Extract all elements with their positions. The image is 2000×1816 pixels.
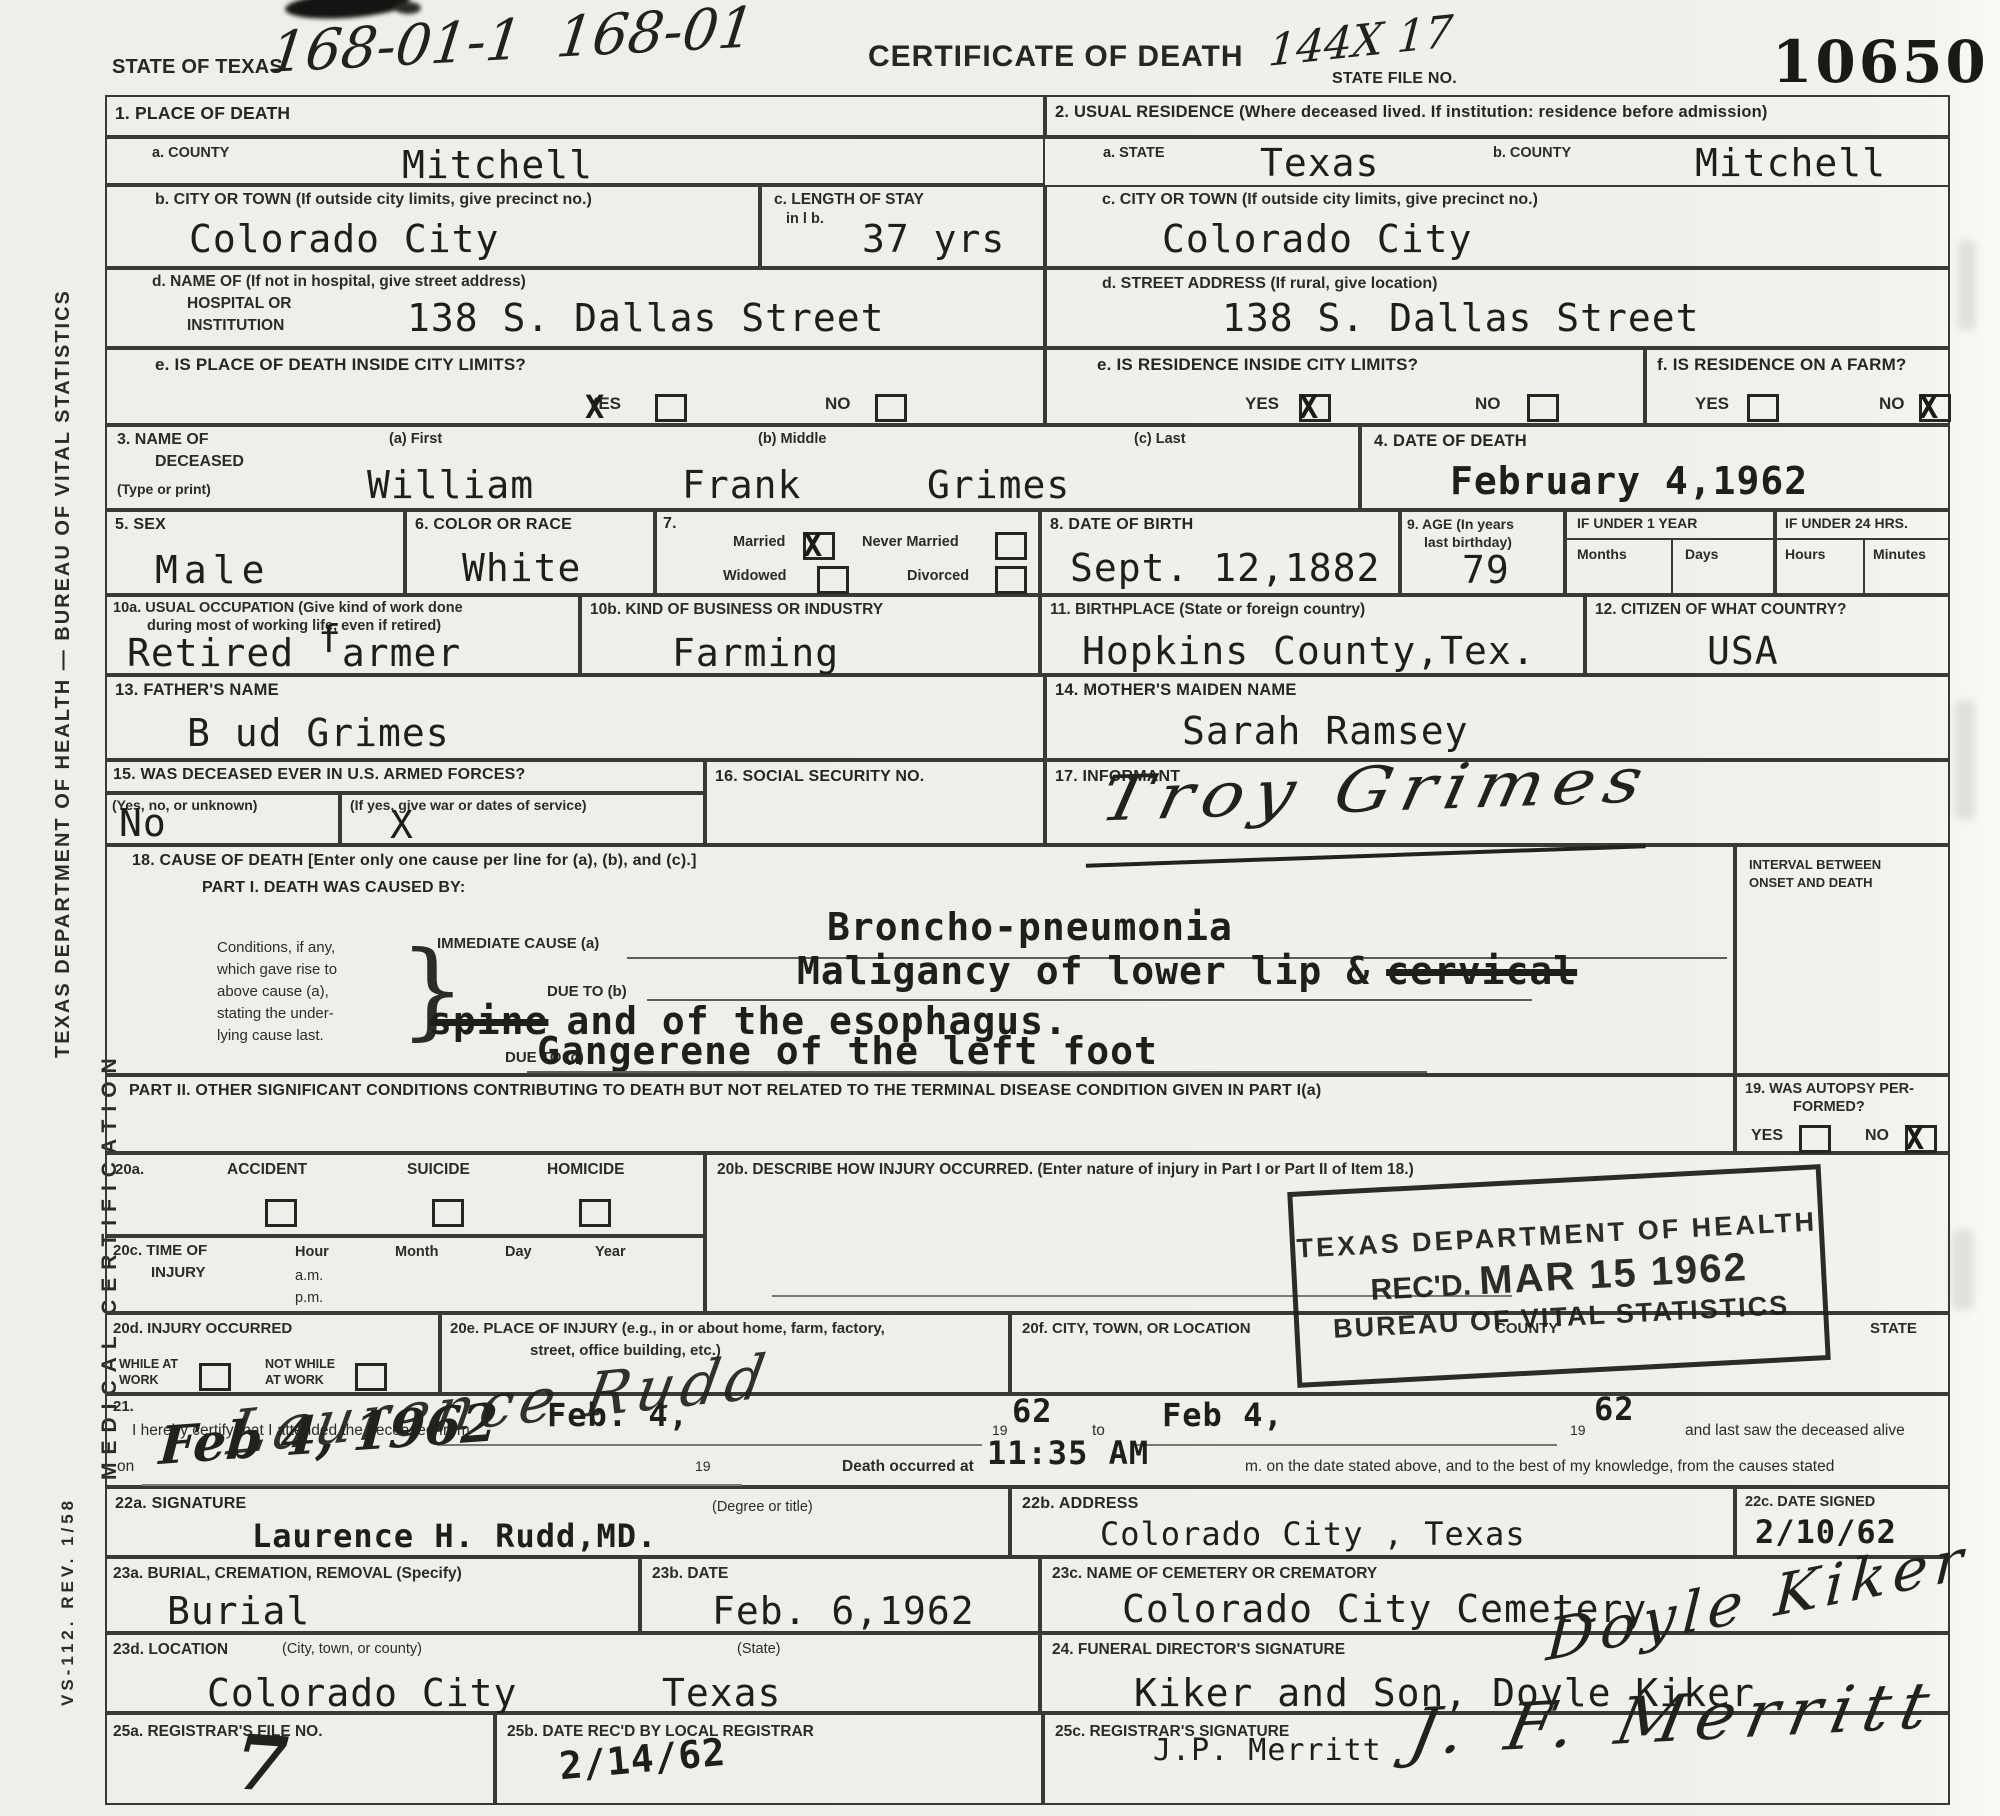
conditions-line-3: above cause (a), [217,983,329,1000]
armed-forces-sub-2: (If yes, give war or dates of service) [350,797,587,813]
marital-divorced-label: Divorced [907,568,969,584]
marital-divorced-checkbox [995,566,1027,594]
under-one-year-cell: IF UNDER 1 YEAR Months Days [1565,510,1775,595]
marital-married-label: Married [733,534,785,550]
pod-limits-cell: e. IS PLACE OF DEATH INSIDE CITY LIMITS?… [105,348,1045,425]
date-of-birth-label: 8. DATE OF BIRTH [1050,516,1193,534]
state-file-no-label: STATE FILE NO. [1332,70,1457,88]
sex-label: 5. SEX [115,516,166,534]
industry-label: 10b. KIND OF BUSINESS OR INDUSTRY [590,601,883,619]
due-to-b-line [647,959,1532,1001]
certificate-number: 10650 [1772,28,1989,96]
marital-widowed-checkbox [817,566,849,594]
ur-street-label: d. STREET ADDRESS (If rural, give locati… [1102,275,1437,293]
race-label: 6. COLOR OR RACE [415,516,572,534]
injury-state-label: STATE [1870,1320,1917,1337]
day-label: Day [505,1244,532,1260]
father-value: B ud Grimes [187,711,450,755]
usual-residence-header-cell: 2. USUAL RESIDENCE (Where deceased lived… [1045,95,1950,137]
name-middle-value: Frank [682,463,801,507]
pod-county-cell: a. COUNTY Mitchell [105,137,1045,185]
name-label-1: 3. NAME OF [117,431,209,449]
ssn-cell: 16. SOCIAL SECURITY NO. [705,760,1045,845]
injury-c-label-1: 20c. TIME OF [113,1242,207,1259]
scan-artifact [1958,240,1976,330]
injury-a-label: 20a. [115,1161,144,1178]
am-label: a.m. [295,1268,323,1284]
interval-label-1: INTERVAL BETWEEN [1749,857,1881,872]
certify-text-3: m. on the date stated above, and to the … [1245,1458,1834,1476]
suicide-checkbox [432,1199,464,1227]
under-24-header: IF UNDER 24 HRS. [1777,512,1948,540]
ur-farm-label: f. IS RESIDENCE ON A FARM? [1657,355,1907,375]
mother-value: Sarah Ramsey [1182,709,1469,753]
birthplace-label: 11. BIRTHPLACE (State or foreign country… [1050,601,1365,619]
autopsy-cell: 19. WAS AUTOPSY PER- FORMED? YES NO X [1735,1075,1950,1153]
place-of-death-label: 1. PLACE OF DEATH [115,103,290,124]
vertical-form-code: VS-112. REV. 1/58 [58,1497,78,1706]
certify-pre-year-2: 19 [1570,1422,1586,1438]
certify-on-label: on [117,1458,134,1476]
marital-cell: 7. Married X Never Married Widowed Divor… [655,510,1040,595]
certify-pre-year-3: 19 [695,1458,711,1474]
ur-street-value: 138 S. Dallas Street [1222,296,1700,340]
burial-date-value: Feb. 6,1962 [712,1589,975,1633]
degree-or-title-label: (Degree or title) [712,1499,813,1515]
autopsy-yes-checkbox [1799,1125,1831,1153]
date-of-death-value: February 4,1962 [1450,459,1808,503]
hours-label: Hours [1785,546,1825,562]
occupation-label-1: 10a. USUAL OCCUPATION (Give kind of work… [113,600,463,616]
pod-length-of-stay-cell: c. LENGTH OF STAY in l b. 37 yrs [760,185,1045,268]
under-one-year-label: IF UNDER 1 YEAR [1577,515,1697,531]
received-stamp: TEXAS DEPARTMENT OF HEALTH REC'D. MAR 15… [1287,1164,1831,1388]
ur-farm-cell: f. IS RESIDENCE ON A FARM? YES NO X [1645,348,1950,425]
ur-limits-no-checkbox [1527,394,1559,422]
citizen-cell: 12. CITIZEN OF WHAT COUNTRY? USA [1585,595,1950,675]
scan-artifact [1952,1230,1974,1310]
pod-limits-no: NO [825,394,851,414]
ur-county-label: b. COUNTY [1493,145,1571,161]
due-to-b-label: DUE TO (b) [547,983,627,1000]
cause-label: 18. CAUSE OF DEATH [Enter only one cause… [132,852,697,870]
certify-item-label: 21. [113,1398,134,1415]
injury-e-label-1: 20e. PLACE OF INJURY (e.g., in or about … [450,1320,885,1337]
race-value: White [462,546,581,590]
marital-never-checkbox [995,532,1027,560]
occupation-value: Retired farmer [127,631,461,675]
part2-cell: PART II. OTHER SIGNIFICANT CONDITIONS CO… [105,1075,1735,1153]
burial-location-state: Texas [662,1671,781,1715]
conditions-line-1: Conditions, if any, [217,939,335,956]
hour-label: Hour [295,1244,329,1260]
marital-never-label: Never Married [862,534,959,550]
sex-value: Male [155,548,271,592]
armed-forces-header-cell: 15. WAS DECEASED EVER IN U.S. ARMED FORC… [105,760,705,793]
burial-location-cell: 23d. LOCATION (City, town, or county) (S… [105,1633,1040,1713]
pm-label: p.m. [295,1290,323,1306]
injury-b-label: 20b. DESCRIBE HOW INJURY OCCURRED. (Ente… [717,1161,1414,1179]
name-label-3: (Type or print) [117,481,211,497]
name-first-value: William [367,463,534,507]
ur-limits-yes-mark: X [1299,388,1318,426]
length-of-stay-sub: in l b. [786,211,824,227]
under-one-year-header: IF UNDER 1 YEAR [1567,512,1773,540]
physician-sig-label: 22a. SIGNATURE [115,1495,246,1513]
father-label: 13. FATHER'S NAME [115,681,279,700]
burial-type-cell: 23a. BURIAL, CREMATION, REMOVAL (Specify… [105,1557,640,1633]
physician-addr-label: 22b. ADDRESS [1022,1495,1139,1513]
armed-forces-label: 15. WAS DECEASED EVER IN U.S. ARMED FORC… [113,766,526,784]
marital-married-checkbox: X [803,532,835,560]
date-of-death-cell: 4. DATE OF DEATH February 4,1962 [1360,425,1950,510]
hospital-value: 138 S. Dallas Street [407,296,885,340]
ur-state-value: Texas [1260,141,1379,185]
burial-location-city: Colorado City [207,1671,517,1715]
registrar-typed-name: J.P. Merritt [1153,1733,1382,1768]
name-last-label: (c) Last [1134,431,1186,447]
suicide-label: SUICIDE [407,1161,470,1179]
funeral-label: 24. FUNERAL DIRECTOR'S SIGNATURE [1052,1641,1345,1659]
certificate-title: CERTIFICATE OF DEATH [868,40,1244,74]
ssn-label: 16. SOCIAL SECURITY NO. [715,768,924,786]
ur-city-cell: c. CITY OR TOWN (If outside city limits,… [1045,185,1950,268]
pod-limits-no-checkbox [875,394,907,422]
under-one-year-divider [1671,538,1673,593]
birthplace-cell: 11. BIRTHPLACE (State or foreign country… [1040,595,1585,675]
injury-type-cell: 20a. ACCIDENT SUICIDE HOMICIDE [105,1153,705,1236]
pod-county-label: a. COUNTY [152,145,229,161]
citizen-label: 12. CITIZEN OF WHAT COUNTRY? [1595,601,1846,619]
hospital-label-2: HOSPITAL OR [187,295,292,313]
injury-f-label: 20f. CITY, TOWN, OR LOCATION [1022,1320,1251,1337]
while-at-work-label-1: WHILE AT [119,1357,178,1371]
cause-of-death-cell: 18. CAUSE OF DEATH [Enter only one cause… [105,845,1735,1075]
ur-limits-no: NO [1475,394,1501,414]
marital-label: 7. [663,515,677,533]
cause-part1-label: PART I. DEATH WAS CAUSED BY: [202,879,465,897]
age-value: 79 [1462,548,1510,592]
race-cell: 6. COLOR OR RACE White [405,510,655,595]
while-at-work-checkbox [199,1363,231,1391]
ur-street-cell: d. STREET ADDRESS (If rural, give locati… [1045,268,1950,348]
ur-farm-yes: YES [1695,394,1729,414]
mother-label: 14. MOTHER'S MAIDEN NAME [1055,681,1297,700]
scan-artifact [1955,700,1975,820]
due-to-c-line [527,1033,1427,1073]
name-last-value: Grimes [927,463,1070,507]
citizen-value: USA [1707,629,1779,673]
ur-limits-yes-checkbox: X [1299,394,1331,422]
burial-c-label: 23c. NAME OF CEMETERY OR CREMATORY [1052,1565,1377,1583]
date-of-birth-cell: 8. DATE OF BIRTH Sept. 12,1882 [1040,510,1400,595]
autopsy-no: NO [1865,1127,1889,1145]
name-label-2: DECEASED [155,453,244,471]
month-label: Month [395,1244,438,1260]
length-of-stay-value: 37 yrs [862,217,1005,261]
armed-forces-service-value: X [390,803,414,847]
registrar-file-label: 25a. REGISTRAR'S FILE NO. [113,1723,323,1741]
death-certificate-scan: TEXAS DEPARTMENT OF HEALTH — BUREAU OF V… [0,0,2000,1816]
injury-time-cell: 20c. TIME OF INJURY Hour Month Day Year … [105,1236,705,1313]
burial-date-cell: 23b. DATE Feb. 6,1962 [640,1557,1040,1633]
days-label: Days [1685,546,1718,562]
marital-widowed-label: Widowed [723,568,787,584]
pod-city-cell: b. CITY OR TOWN (If outside city limits,… [105,185,760,268]
ur-county-value: Mitchell [1695,141,1886,185]
months-label: Months [1577,546,1627,562]
industry-value: Farming [672,631,839,675]
homicide-label: HOMICIDE [547,1161,625,1179]
burial-b-label: 23b. DATE [652,1565,728,1583]
conditions-line-4: stating the under- [217,1005,334,1022]
mother-cell: 14. MOTHER'S MAIDEN NAME Sarah Ramsey [1045,675,1950,760]
ur-state-county-cell: a. STATE Texas b. COUNTY Mitchell [1045,137,1950,185]
burial-d-sub-2: (State) [737,1641,781,1657]
autopsy-label-1: 19. WAS AUTOPSY PER- [1745,1081,1914,1097]
sex-cell: 5. SEX Male [105,510,405,595]
hospital-label-3: INSTITUTION [187,317,284,335]
interval-label-2: ONSET AND DEATH [1749,875,1873,890]
pod-county-value: Mitchell [402,143,593,187]
homicide-checkbox [579,1199,611,1227]
ur-city-label: c. CITY OR TOWN (If outside city limits,… [1102,191,1538,209]
name-middle-label: (b) Middle [758,431,826,447]
conditions-line-2: which gave rise to [217,961,337,978]
date-of-birth-value: Sept. 12,1882 [1070,546,1380,590]
minutes-label: Minutes [1873,546,1926,562]
pod-limits-yes-mark: X [585,388,604,426]
ur-limits-label: e. IS RESIDENCE INSIDE CITY LIMITS? [1097,355,1418,375]
burial-type-value: Burial [167,1589,310,1633]
pod-city-value: Colorado City [189,217,499,261]
accident-label: ACCIDENT [227,1161,307,1179]
pod-city-label: b. CITY OR TOWN (If outside city limits,… [155,191,592,209]
ur-limits-cell: e. IS RESIDENCE INSIDE CITY LIMITS? YES … [1045,348,1645,425]
ur-state-label: a. STATE [1103,145,1165,161]
autopsy-yes: YES [1751,1127,1783,1145]
ur-farm-no: NO [1879,394,1905,414]
under-24-divider [1863,538,1865,593]
age-label-1: 9. AGE (In years [1407,516,1514,532]
armed-forces-answer: No [119,801,167,845]
injury-d-label: 20d. INJURY OCCURRED [113,1320,292,1337]
certify-to-year: 62 [1594,1390,1635,1428]
ur-city-value: Colorado City [1162,217,1472,261]
industry-cell: 10b. KIND OF BUSINESS OR INDUSTRY Farmin… [580,595,1040,675]
father-cell: 13. FATHER'S NAME B ud Grimes [105,675,1045,760]
registrar-date-cell: 25b. DATE REC'D BY LOCAL REGISTRAR 2/14/… [495,1713,1043,1805]
certify-from-year: 62 [1012,1392,1053,1430]
certify-to-line [1137,1404,1557,1446]
armed-forces-answer-cell: (Yes, no, or unknown) No [105,793,340,845]
year-label: Year [595,1244,626,1260]
physician-typed-name: Laurence H. Rudd,MD. [252,1517,657,1555]
handwritten-file-code: 144X 17 [1267,6,1455,77]
registrar-file-cell: 25a. REGISTRAR'S FILE NO. 7 [105,1713,495,1805]
usual-residence-label: 2. USUAL RESIDENCE (Where deceased lived… [1055,103,1768,122]
conditions-line-5: lying cause last. [217,1027,324,1044]
while-at-work-label-2: WORK [119,1373,159,1387]
date-signed-label: 22c. DATE SIGNED [1745,1494,1875,1510]
certify-death-occurred: Death occurred at [842,1458,974,1476]
autopsy-label-2: FORMED? [1793,1099,1865,1115]
burial-d-sub-1: (City, town, or county) [282,1641,422,1657]
registrar-file-no: 7 [232,1717,291,1809]
not-while-label-2: AT WORK [265,1373,324,1387]
certify-text-2: and last saw the deceased alive [1685,1422,1905,1440]
armed-forces-service-cell: (If yes, give war or dates of service) X [340,793,705,845]
not-while-label-1: NOT WHILE [265,1357,335,1371]
physician-signature-cell: 22a. SIGNATURE (Degree or title) Laurenc… [105,1487,1010,1557]
part2-label: PART II. OTHER SIGNIFICANT CONDITIONS CO… [129,1082,1321,1100]
age-cell: 9. AGE (In years last birthday) 79 [1400,510,1565,595]
ur-farm-no-mark: X [1919,388,1938,426]
interval-cell: INTERVAL BETWEEN ONSET AND DEATH [1735,845,1950,1075]
autopsy-no-checkbox: X [1905,1125,1937,1153]
hospital-label-1: d. NAME OF (If not in hospital, give str… [152,273,526,291]
vertical-department-label: TEXAS DEPARTMENT OF HEALTH — BUREAU OF V… [52,289,75,1058]
physician-address-cell: 22b. ADDRESS Colorado City , Texas [1010,1487,1735,1557]
burial-d-label: 23d. LOCATION [113,1641,228,1659]
birthplace-value: Hopkins County,Tex. [1082,629,1536,673]
autopsy-no-mark: X [1905,1119,1924,1157]
name-first-label: (a) First [389,431,442,447]
pod-limits-yes-checkbox [655,394,687,422]
ur-limits-yes: YES [1245,394,1279,414]
pod-limits-label: e. IS PLACE OF DEATH INSIDE CITY LIMITS? [155,355,526,375]
name-of-deceased-cell: 3. NAME OF DECEASED (Type or print) (a) … [105,425,1360,510]
injury-c-label-2: INJURY [151,1264,205,1281]
occupation-cell: 10a. USUAL OCCUPATION (Give kind of work… [105,595,580,675]
under-24-label: IF UNDER 24 HRS. [1785,515,1908,531]
length-of-stay-label: c. LENGTH OF STAY [774,191,924,209]
date-of-death-label: 4. DATE OF DEATH [1374,432,1527,451]
pod-hospital-cell: d. NAME OF (If not in hospital, give str… [105,268,1045,348]
burial-a-label: 23a. BURIAL, CREMATION, REMOVAL (Specify… [113,1565,462,1583]
state-of-texas-label: STATE OF TEXAS [112,56,283,79]
under-24-hrs-cell: IF UNDER 24 HRS. Hours Minutes [1775,510,1950,595]
physician-address-value: Colorado City , Texas [1100,1515,1526,1553]
place-of-death-header-cell: 1. PLACE OF DEATH [105,95,1045,137]
marital-married-mark: X [803,526,822,564]
ur-farm-yes-checkbox [1747,394,1779,422]
ur-farm-no-checkbox: X [1919,394,1951,422]
accident-checkbox [265,1199,297,1227]
certify-time: 11:35 AM [987,1434,1149,1472]
